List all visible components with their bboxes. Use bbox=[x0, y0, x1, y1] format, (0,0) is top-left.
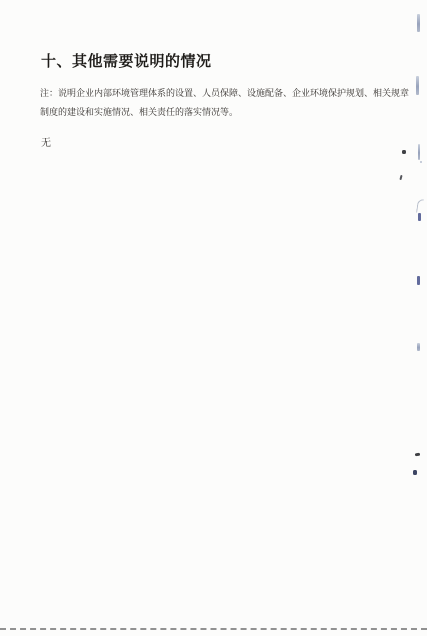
section-title: 十、其他需要说明的情况 bbox=[41, 53, 212, 71]
page-bottom-dashed-line bbox=[0, 628, 427, 630]
body-text-none: 无 bbox=[41, 134, 51, 153]
scan-mark-icon bbox=[418, 213, 421, 221]
scan-mark-icon bbox=[413, 470, 417, 475]
scan-mark-icon bbox=[415, 453, 420, 457]
note-line-2: 制度的建设和实施情况、相关责任的落实情况等。 bbox=[40, 103, 420, 122]
note-line-1: 注：说明企业内部环境管理体系的设置、人员保障、设施配备、企业环境保护规划、相关规… bbox=[40, 84, 420, 103]
scan-mark-icon bbox=[399, 175, 402, 180]
scan-mark-icon bbox=[420, 161, 422, 163]
scan-mark-icon bbox=[416, 76, 419, 95]
scanned-document-page: 十、其他需要说明的情况 注：说明企业内部环境管理体系的设置、人员保障、设施配备、… bbox=[0, 0, 427, 636]
scan-mark-icon bbox=[402, 150, 406, 154]
scan-mark-icon bbox=[418, 144, 420, 160]
scan-mark-icon bbox=[417, 14, 420, 32]
scan-mark-icon bbox=[416, 199, 424, 214]
scan-mark-icon bbox=[417, 276, 420, 285]
note-paragraph: 注：说明企业内部环境管理体系的设置、人员保障、设施配备、企业环境保护规划、相关规… bbox=[40, 84, 420, 122]
scan-mark-icon bbox=[417, 343, 420, 351]
